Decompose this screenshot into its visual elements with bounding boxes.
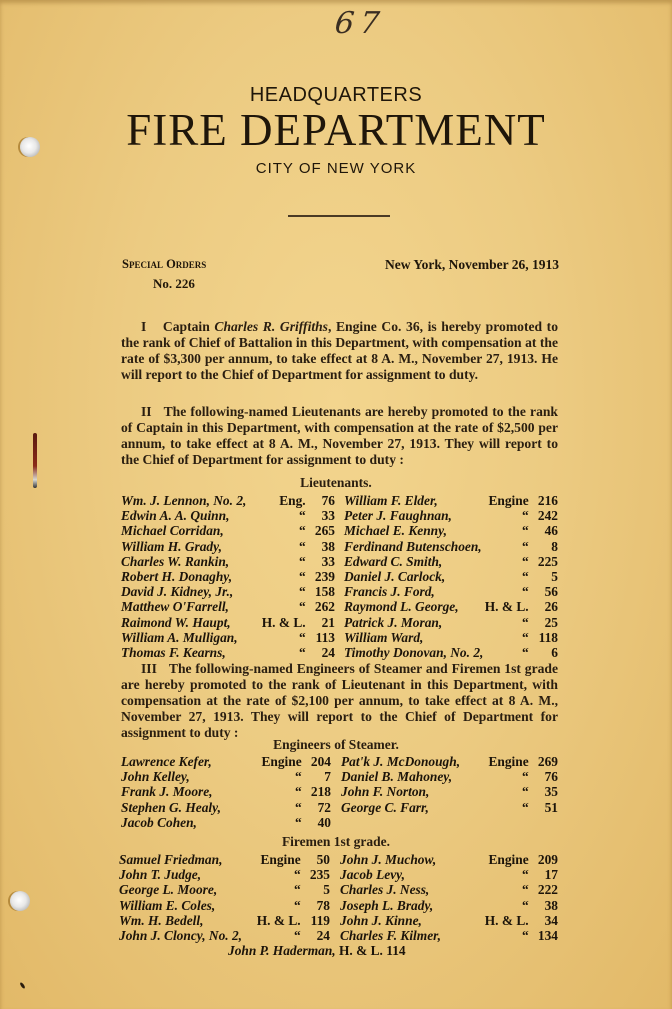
company-assignment: “ 76 [452,769,558,784]
person-name: Wm. J. Lennon, No. 2, [121,493,246,508]
roster-entry: Lawrence Kefer,Engine 204 [121,754,331,769]
company-assignment: H. & L. 34 [422,913,558,928]
company-unit: “ [299,569,306,584]
company-unit: “ [522,554,529,569]
company-assignment: H. & L. 119 [203,913,330,928]
person-name: Wm. H. Bedell, [119,913,203,928]
company-unit: “ [294,882,301,897]
roster-entry: Charles J. Ness,“ 222 [340,882,558,897]
roster-entry: Pat'k J. McDonough,Engine 269 [341,754,558,769]
person-name: Ferdinand Butenschoen, [344,539,482,554]
company-unit: “ [522,508,529,523]
company-unit: “ [522,523,529,538]
person-name: John Kelley, [121,769,190,784]
firemen-list-right: John J. Muchow,Engine 209Jacob Levy,“ 17… [340,852,558,943]
roster-entry: John J. Muchow,Engine 209 [340,852,558,867]
company-assignment: “ 235 [201,867,330,882]
company-unit: “ [294,867,301,882]
company-unit: “ [522,898,529,913]
company-unit: “ [299,599,306,614]
company-unit: “ [299,508,306,523]
person-name: Peter J. Faughnan, [344,508,452,523]
company-assignment: “ 218 [213,784,331,799]
company-number: 158 [309,584,335,599]
company-number: 17 [532,867,558,882]
roster-entry: George L. Moore,“ 5 [119,882,330,897]
company-number: 235 [304,867,330,882]
company-assignment: “ 40 [197,815,331,830]
company-assignment: Engine 216 [438,493,558,508]
roster-entry: John J. Kinne,H. & L. 34 [340,913,558,928]
roster-entry: Michael E. Kenny,“ 46 [344,523,558,538]
roster-entry: Edward C. Smith,“ 225 [344,554,558,569]
company-unit: “ [522,584,529,599]
company-assignment: Engine 209 [436,852,558,867]
person-name: Francis J. Ford, [344,584,435,599]
roster-entry: Samuel Friedman,Engine 50 [119,852,330,867]
person-name: John F. Norton, [341,784,429,799]
section-numeral: II [141,404,152,419]
company-assignment: “ 118 [423,630,558,645]
roster-entry: Raymond L. George,H. & L. 26 [344,599,558,614]
roster-entry: Frank J. Moore,“ 218 [121,784,331,799]
company-assignment: H. & L. 26 [459,599,558,614]
company-number: 5 [304,882,330,897]
roster-entry: Michael Corridan,“ 265 [121,523,335,538]
roster-entry: Edwin A. A. Quinn,“ 33 [121,508,335,523]
roster-entry: Thomas F. Kearns,“ 24 [121,645,335,660]
roster-entry: George C. Farr,“ 51 [341,800,558,815]
company-unit: “ [522,784,529,799]
company-number: 118 [532,630,558,645]
company-assignment: “ 134 [441,928,558,943]
engineers-list-right: Pat'k J. McDonough,Engine 269Daniel B. M… [341,754,558,815]
company-assignment: “ 33 [229,508,335,523]
company-assignment: “ 24 [226,645,335,660]
roster-entry: William A. Mulligan,“ 113 [121,630,335,645]
company-assignment: Engine 269 [460,754,558,769]
company-number: 242 [532,508,558,523]
person-name: Samuel Friedman, [119,852,222,867]
company-unit: “ [299,645,306,660]
person-name: William E. Coles, [119,898,215,913]
person-name: Stephen G. Healy, [121,800,221,815]
company-number: 265 [309,523,335,538]
company-unit: Engine [488,493,528,508]
handwritten-page-number: 67 [333,6,387,41]
person-name: Pat'k J. McDonough, [341,754,460,769]
person-name: Robert H. Donaghy, [121,569,232,584]
company-unit: H. & L. [257,913,301,928]
company-number: 222 [532,882,558,897]
promoted-captain-name: Charles R. Griffiths [214,319,328,334]
dateline: New York, November 26, 1913 [385,257,559,273]
person-name: Raimond W. Haupt, [121,615,231,630]
roster-entry: David J. Kidney, Jr.,“ 158 [121,584,335,599]
person-name: Charles W. Rankin, [121,554,229,569]
roster-entry: John J. Cloncy, No. 2,“ 24 [119,928,330,943]
letterhead-city: CITY OF NEW YORK [0,160,672,177]
company-number: 239 [309,569,335,584]
company-number: 26 [532,599,558,614]
company-number: 33 [309,554,335,569]
company-assignment: “ 225 [442,554,558,569]
person-name: Patrick J. Moran, [344,615,442,630]
company-number: 78 [304,898,330,913]
company-number: 72 [305,800,331,815]
company-assignment: “ 8 [482,539,558,554]
roster-entry: William F. Elder,Engine 216 [344,493,558,508]
document-page: 67 HEADQUARTERS FIRE DEPARTMENT CITY OF … [0,0,672,1009]
company-number: 269 [532,754,558,769]
company-unit: “ [522,615,529,630]
person-name: Frank J. Moore, [121,784,213,799]
ink-speck [19,982,25,989]
person-name: John J. Muchow, [340,852,436,867]
engineers-list-left: Lawrence Kefer,Engine 204John Kelley,“ 7… [121,754,331,830]
roster-entry: Joseph L. Brady,“ 38 [340,898,558,913]
punch-hole-bottom [10,891,30,911]
engineers-heading: Engineers of Steamer. [0,737,672,753]
section-numeral: I [141,319,146,334]
company-assignment: “ 24 [242,928,330,943]
company-number: 38 [309,539,335,554]
company-assignment: “ 262 [229,599,335,614]
lieutenants-heading: Lieutenants. [0,475,672,491]
letterhead-title: FIRE DEPARTMENT [0,108,672,153]
company-assignment: “ 7 [190,769,331,784]
lieutenants-list-left: Wm. J. Lennon, No. 2,Eng. 76Edwin A. A. … [121,493,335,660]
roster-entry: Stephen G. Healy,“ 72 [121,800,331,815]
person-name: Daniel J. Carlock, [344,569,445,584]
roster-entry: Wm. H. Bedell,H. & L. 119 [119,913,330,928]
section-ii: IIThe following-named Lieutenants are he… [121,404,558,468]
person-name: Timothy Donovan, No. 2, [344,645,483,660]
roster-entry: John F. Norton,“ 35 [341,784,558,799]
company-number: 51 [532,800,558,815]
person-name: Jacob Cohen, [121,815,197,830]
company-assignment: Engine 50 [222,852,330,867]
person-name: George L. Moore, [119,882,217,897]
company-unit: “ [295,769,302,784]
person-name: Matthew O'Farrell, [121,599,229,614]
roster-entry: Peter J. Faughnan,“ 242 [344,508,558,523]
roster-entry: Jacob Cohen,“ 40 [121,815,331,830]
company-number: 113 [309,630,335,645]
company-number: 225 [532,554,558,569]
person-name: Lawrence Kefer, [121,754,212,769]
company-number: 5 [532,569,558,584]
company-number: 56 [532,584,558,599]
person-name: John T. Judge, [119,867,201,882]
person-name: Michael E. Kenny, [344,523,447,538]
roster-entry: Charles W. Rankin,“ 33 [121,554,335,569]
company-number: 38 [532,898,558,913]
company-assignment: “ 51 [429,800,558,815]
company-unit: “ [294,898,301,913]
company-unit: “ [299,584,306,599]
person-name: Charles J. Ness, [340,882,429,897]
company-unit: “ [522,569,529,584]
roster-entry: Timothy Donovan, No. 2,“ 6 [344,645,558,660]
company-unit: “ [522,800,529,815]
person-name: George C. Farr, [341,800,429,815]
person-name: Daniel B. Mahoney, [341,769,452,784]
company-number: 21 [309,615,335,630]
company-assignment: “ 38 [222,539,335,554]
company-unit: Engine [488,754,528,769]
company-number: 46 [532,523,558,538]
roster-entry: William E. Coles,“ 78 [119,898,330,913]
company-assignment: “ 78 [215,898,330,913]
company-assignment: “ 46 [447,523,558,538]
company-number: 25 [532,615,558,630]
company-unit: “ [294,928,301,943]
company-unit: H. & L. [485,913,529,928]
company-unit: “ [522,645,529,660]
company-assignment: “ 113 [238,630,335,645]
company-number: 216 [532,493,558,508]
person-name: William F. Elder, [344,493,438,508]
company-number: 24 [304,928,330,943]
letterhead-headquarters: HEADQUARTERS [0,84,672,107]
company-assignment: Engine 204 [212,754,331,769]
company-unit: H. & L. [485,599,529,614]
company-assignment: “ 242 [452,508,558,523]
company-number: 34 [532,913,558,928]
company-number: 6 [532,645,558,660]
firemen-final-entry: John P. Haderman, H. & L. 114 [228,943,406,958]
company-unit: “ [295,800,302,815]
company-assignment: “ 17 [405,867,558,882]
company-number: 50 [304,852,330,867]
company-unit: “ [299,523,306,538]
company-unit: Engine [261,754,301,769]
company-assignment: “ 265 [224,523,335,538]
company-assignment: “ 35 [429,784,558,799]
roster-entry: Matthew O'Farrell,“ 262 [121,599,335,614]
header-divider [288,215,390,217]
company-number: 218 [305,784,331,799]
section-i: I Captain Charles R. Griffiths, Engine C… [121,319,558,383]
firemen-list-left: Samuel Friedman,Engine 50John T. Judge,“… [119,852,330,943]
roster-entry: Robert H. Donaghy,“ 239 [121,569,335,584]
special-orders-label: Special Orders [122,257,206,272]
firemen-heading: Firemen 1st grade. [0,834,672,850]
roster-entry: Daniel J. Carlock,“ 5 [344,569,558,584]
company-number: 8 [532,539,558,554]
person-name: David J. Kidney, Jr., [121,584,233,599]
roster-entry: Charles F. Kilmer,“ 134 [340,928,558,943]
roster-entry: John Kelley,“ 7 [121,769,331,784]
company-assignment: “ 158 [233,584,335,599]
section-numeral: III [141,661,157,676]
company-assignment: Eng. 76 [246,493,335,508]
company-unit: “ [522,539,529,554]
roster-entry: Francis J. Ford,“ 56 [344,584,558,599]
roster-entry: William Ward,“ 118 [344,630,558,645]
company-assignment: “ 38 [433,898,558,913]
company-number: 204 [305,754,331,769]
company-assignment: “ 6 [483,645,558,660]
person-name: Charles F. Kilmer, [340,928,441,943]
company-number: 76 [309,493,335,508]
roster-entry: William H. Grady,“ 38 [121,539,335,554]
company-unit: “ [522,630,529,645]
company-number: 7 [305,769,331,784]
company-assignment: “ 25 [442,615,558,630]
company-assignment: “ 239 [232,569,335,584]
person-name: William H. Grady, [121,539,222,554]
company-unit: “ [299,554,306,569]
company-number: 33 [309,508,335,523]
company-unit: “ [522,928,529,943]
roster-entry: Jacob Levy,“ 17 [340,867,558,882]
person-name: Jacob Levy, [340,867,405,882]
person-name: Thomas F. Kearns, [121,645,226,660]
company-unit: “ [522,882,529,897]
company-assignment: “ 5 [217,882,330,897]
person-name: Edwin A. A. Quinn, [121,508,229,523]
company-assignment: H. & L. 21 [231,615,335,630]
company-assignment: “ 5 [445,569,558,584]
roster-entry: Daniel B. Mahoney,“ 76 [341,769,558,784]
roster-entry: Wm. J. Lennon, No. 2,Eng. 76 [121,493,335,508]
company-unit: Eng. [279,493,305,508]
company-unit: “ [522,867,529,882]
person-name: Michael Corridan, [121,523,224,538]
person-name: John J. Cloncy, No. 2, [119,928,242,943]
lieutenants-list-right: William F. Elder,Engine 216Peter J. Faug… [344,493,558,660]
company-unit: “ [299,630,306,645]
company-number: 119 [304,913,330,928]
company-assignment: “ 33 [229,554,335,569]
company-unit: “ [299,539,306,554]
company-number: 76 [532,769,558,784]
roster-entry: Ferdinand Butenschoen,“ 8 [344,539,558,554]
company-unit: Engine [260,852,300,867]
person-name: Raymond L. George, [344,599,459,614]
person-name: Joseph L. Brady, [340,898,433,913]
person-name: William A. Mulligan, [121,630,238,645]
company-number: 209 [532,852,558,867]
company-number: 262 [309,599,335,614]
company-number: 24 [309,645,335,660]
roster-entry: John T. Judge,“ 235 [119,867,330,882]
company-number: 40 [305,815,331,830]
section-iii: IIIThe following-named Engineers of Stea… [121,661,558,741]
company-unit: Engine [488,852,528,867]
company-assignment: “ 222 [429,882,558,897]
person-name: Edward C. Smith, [344,554,442,569]
company-assignment: “ 56 [435,584,558,599]
person-name: John J. Kinne, [340,913,422,928]
company-unit: “ [295,784,302,799]
roster-entry: Raimond W. Haupt,H. & L. 21 [121,615,335,630]
company-unit: “ [295,815,302,830]
company-number: 35 [532,784,558,799]
company-number: 134 [532,928,558,943]
company-unit: H. & L. [262,615,306,630]
company-assignment: “ 72 [221,800,331,815]
person-name: William Ward, [344,630,423,645]
roster-entry: Patrick J. Moran,“ 25 [344,615,558,630]
order-number: No. 226 [153,276,195,292]
company-unit: “ [522,769,529,784]
